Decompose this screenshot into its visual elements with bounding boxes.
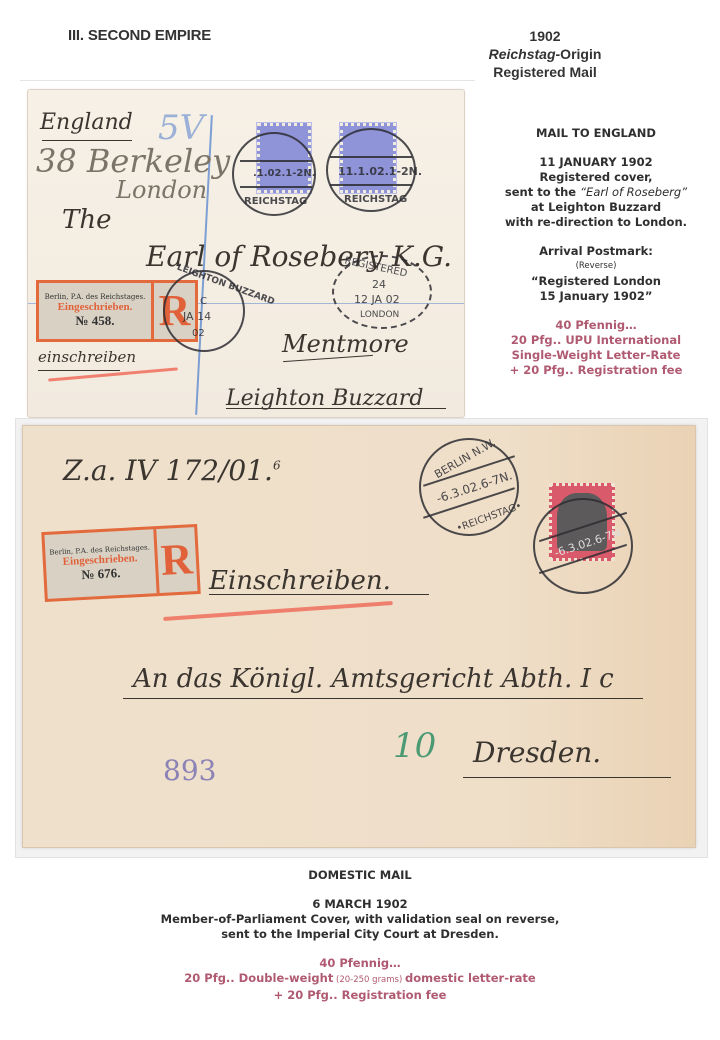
- era-origin: Reichstag-Origin: [470, 45, 620, 63]
- caption-rate-line: + 20 Pfg.. Registration fee: [100, 988, 620, 1003]
- cover-domestic: Z.a. IV 172/01.6 Berlin, P.A. des Reichs…: [22, 425, 696, 848]
- era-year: 1902: [470, 27, 620, 45]
- caption-arrival: “Registered London: [476, 274, 716, 289]
- underline: [209, 594, 429, 595]
- handwriting-reference: Z.a. IV 172/01.6: [63, 454, 281, 487]
- caption-rate-line: 20 Pfg.. UPU International: [476, 333, 716, 348]
- underline: [226, 408, 446, 409]
- label-office: Berlin, P.A. des Reichstages.: [45, 293, 146, 301]
- green-crayon-mark: 10: [393, 726, 436, 766]
- caption-line: sent to the Imperial City Court at Dresd…: [100, 927, 620, 942]
- handwriting-the: The: [62, 205, 111, 235]
- caption-line: at Leighton Buzzard: [476, 200, 716, 215]
- caption-rate-line: + 20 Pfg.. Registration fee: [476, 363, 716, 378]
- mount-strip-top: [20, 80, 475, 81]
- registration-label: Berlin, P.A. des Reichstages. Eingeschri…: [41, 524, 200, 602]
- pencil-number: 893: [163, 754, 216, 787]
- caption-arrival-label: Arrival Postmark:: [476, 244, 716, 259]
- postmark-reichstag: REICHSTAG: [244, 196, 307, 207]
- handwriting-address: An das Königl. Amtsgericht Abth. I c: [133, 664, 614, 694]
- caption-arrival: 15 January 1902”: [476, 289, 716, 304]
- caption-title: DOMESTIC MAIL: [100, 868, 620, 883]
- handwriting-london: London: [116, 176, 207, 204]
- caption-rate-total: 40 Pfennig…: [100, 956, 620, 971]
- caption-rate-line: 20 Pfg.. Double-weight (20-250 grams) do…: [100, 971, 620, 988]
- caption-england: MAIL TO ENGLAND 11 JANUARY 1902 Register…: [476, 126, 716, 378]
- handwriting-street: 38 Berkeley: [36, 142, 230, 180]
- label-r-letter: R: [153, 527, 198, 593]
- caption-domestic: DOMESTIC MAIL 6 MARCH 1902 Member-of-Par…: [100, 868, 620, 1003]
- postmark-leighton-date: JA 14: [183, 310, 211, 323]
- postmark-bar: [240, 160, 312, 162]
- caption-date: 11 JANUARY 1902: [476, 155, 716, 170]
- handwriting-einschreiben: einschreiben: [38, 348, 136, 366]
- label-number: № 676.: [81, 565, 121, 583]
- postmark-reichstag: REICHSTAG: [344, 194, 407, 205]
- underline: [38, 370, 120, 371]
- postmark-bar: [240, 186, 312, 188]
- caption-arrival-note: (Reverse): [476, 259, 716, 274]
- postmark-london-bottom: LONDON: [360, 310, 399, 320]
- caption-rate-total: 40 Pfennig…: [476, 318, 716, 333]
- postmark-leighton-code: C: [200, 296, 207, 307]
- cover-england: 5V England 38 Berkeley London The Earl o…: [27, 89, 465, 418]
- page-heading: III. SECOND EMPIRE: [68, 27, 211, 44]
- caption-line: Member-of-Parliament Cover, with validat…: [100, 912, 620, 927]
- postmark-leighton-year: 02: [192, 328, 205, 339]
- label-number: № 458.: [75, 313, 114, 329]
- caption-line: sent to the “Earl of Roseberg”: [476, 185, 716, 200]
- underline: [42, 140, 132, 141]
- label-type: Eingeschrieben.: [58, 301, 133, 313]
- postmark-london-number: 24: [372, 278, 386, 291]
- postmark-date: 11.1.02.1-2N.: [338, 165, 422, 178]
- caption-line: with re-direction to London.: [476, 215, 716, 230]
- handwriting-dresden: Dresden.: [473, 736, 601, 769]
- underline: [463, 777, 671, 778]
- era-block: 1902 Reichstag-Origin Registered Mail: [470, 27, 620, 81]
- caption-date: 6 MARCH 1902: [100, 897, 620, 912]
- caption-line: Registered cover,: [476, 170, 716, 185]
- red-crayon-stroke: [163, 601, 393, 621]
- era-subtitle: Registered Mail: [470, 63, 620, 81]
- postmark-bar: [330, 156, 412, 158]
- underline: [123, 698, 643, 699]
- handwriting-einschreiben: Einschreiben.: [209, 566, 391, 596]
- caption-title: MAIL TO ENGLAND: [476, 126, 716, 141]
- handwriting-mentmore: Mentmore: [282, 330, 409, 358]
- postmark-london-date: 12 JA 02: [354, 293, 400, 306]
- postmark-bar: [330, 184, 412, 186]
- caption-rate-line: Single-Weight Letter-Rate: [476, 348, 716, 363]
- handwriting-england: England: [40, 110, 133, 135]
- postmark-date: .1.02.1-2N.: [253, 168, 316, 179]
